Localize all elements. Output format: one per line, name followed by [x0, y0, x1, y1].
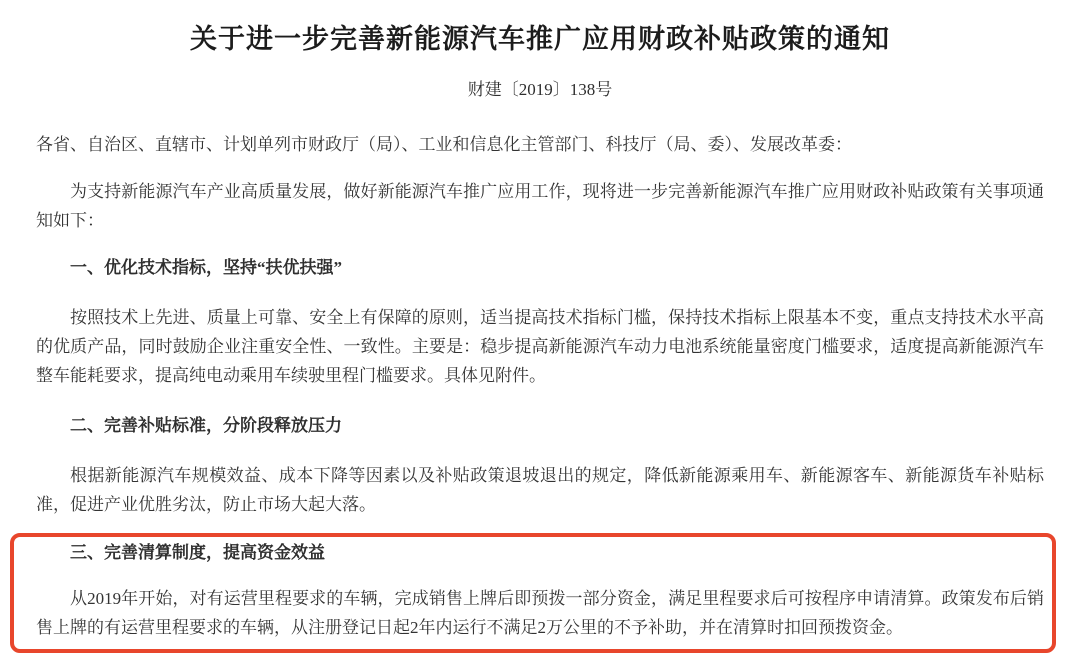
document-page: 关于进一步完善新能源汽车推广应用财政补贴政策的通知 财建〔2019〕138号 各… — [0, 0, 1080, 663]
section-3-body: 从2019年开始，对有运营里程要求的车辆，完成销售上牌后即预拨一部分资金，满足里… — [36, 584, 1044, 642]
section-3-heading: 三、完善清算制度，提高资金效益 — [36, 538, 1044, 567]
highlight-box: 三、完善清算制度，提高资金效益 从2019年开始，对有运营里程要求的车辆，完成销… — [10, 533, 1056, 653]
addressee-line: 各省、自治区、直辖市、计划单列市财政厅（局）、工业和信息化主管部门、科技厅（局、… — [36, 130, 1044, 159]
section-1-body: 按照技术上先进、质量上可靠、安全上有保障的原则，适当提高技术指标门槛，保持技术指… — [36, 303, 1044, 390]
intro-paragraph: 为支持新能源汽车产业高质量发展，做好新能源汽车推广应用工作，现将进一步完善新能源… — [36, 177, 1044, 235]
section-1-heading: 一、优化技术指标，坚持“扶优扶强” — [36, 253, 1044, 282]
section-2-body: 根据新能源汽车规模效益、成本下降等因素以及补贴政策退坡退出的规定，降低新能源乘用… — [36, 461, 1044, 519]
document-title: 关于进一步完善新能源汽车推广应用财政补贴政策的通知 — [36, 22, 1044, 56]
section-2-heading: 二、完善补贴标准，分阶段释放压力 — [36, 411, 1044, 440]
document-number: 财建〔2019〕138号 — [36, 78, 1044, 102]
